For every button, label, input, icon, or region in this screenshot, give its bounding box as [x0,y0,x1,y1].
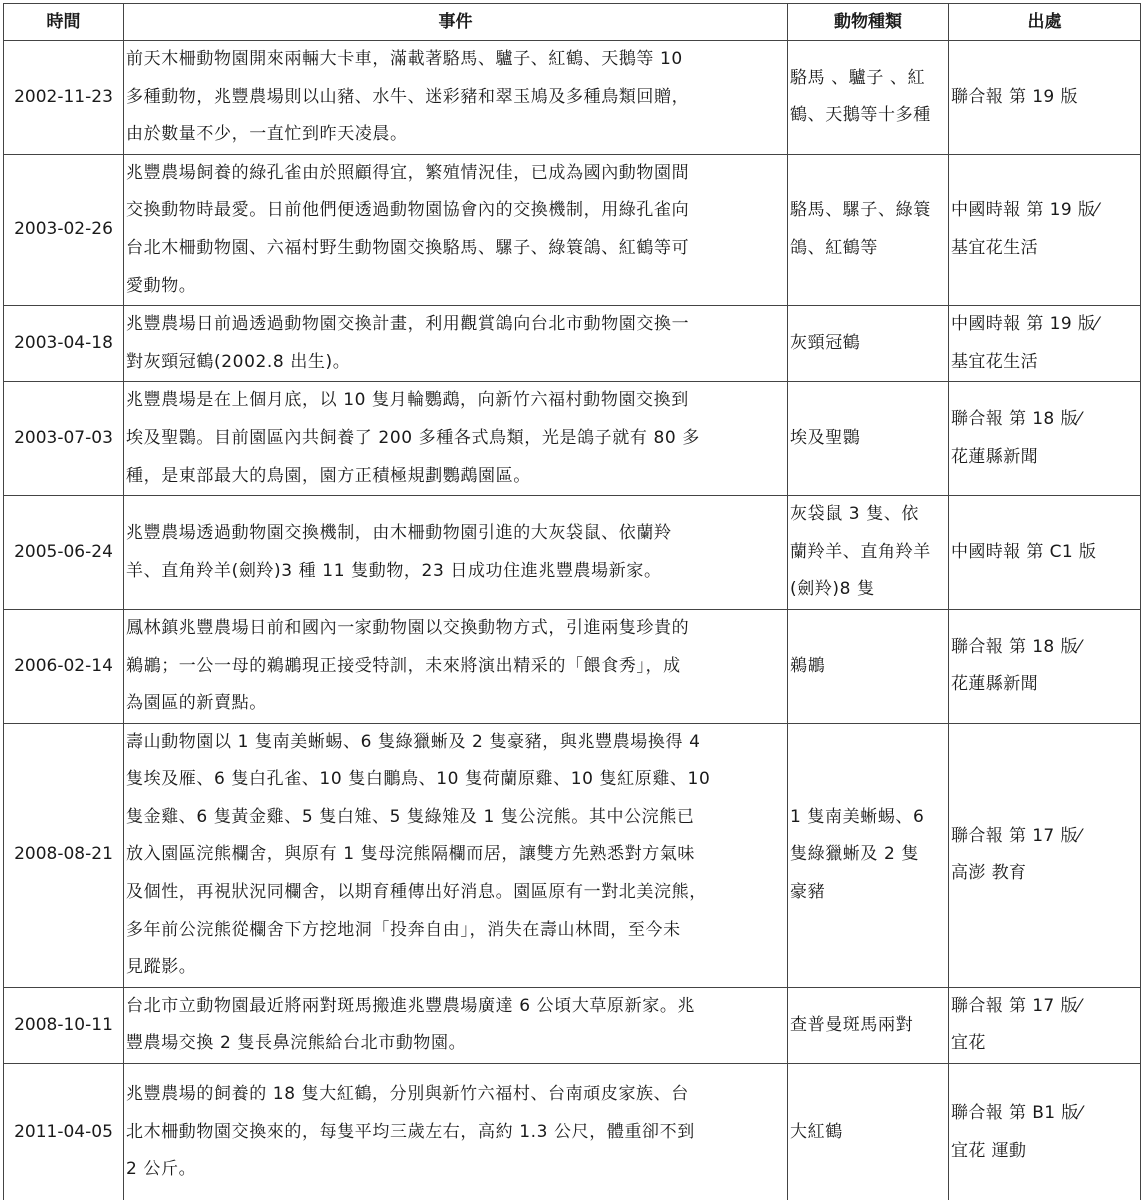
event-line: 2 公斤。 [126,1151,785,1189]
header-source: 出處 [949,4,1141,41]
event-cell: 兆豐農場是在上個月底，以 10 隻月輪鸚鵡，向新竹六福村動物園交換到埃及聖䴉。目… [124,382,788,496]
animals-cell: 查普曼斑馬兩對 [788,987,949,1063]
animals-line: 駱馬、騾子、綠簑 [790,192,946,230]
event-line: 交換動物時最愛。日前他們便透過動物園協會內的交換機制，用綠孔雀向 [126,192,785,230]
event-line: 台北市立動物園最近將兩對斑馬搬進兆豐農場廣達 6 公頃大草原新家。兆 [126,988,785,1026]
table-row: 2003-04-18兆豐農場日前過透過動物園交換計畫，利用觀賞鴿向台北市動物園交… [4,306,1141,382]
table-row: 2006-02-14鳳林鎮兆豐農場日前和國內一家動物園以交換動物方式，引進兩隻珍… [4,609,1141,723]
event-cell: 鳳林鎮兆豐農場日前和國內一家動物園以交換動物方式，引進兩隻珍貴的鵜鶘；一公一母的… [124,609,788,723]
event-line: 多種動物，兆豐農場則以山豬、水牛、迷彩豬和翠玉鳩及多種鳥類回贈， [126,79,785,117]
date-cell: 2003-04-18 [4,306,124,382]
animals-line: 大紅鶴 [790,1114,946,1152]
event-line: 兆豐農場透過動物園交換機制，由木柵動物園引進的大灰袋鼠、依蘭羚 [126,515,785,553]
animals-line: 查普曼斑馬兩對 [790,1007,946,1045]
animals-line: 埃及聖䴉 [790,420,946,458]
source-line: 宜花 [951,1025,1138,1063]
animals-cell: 灰頸冠鶴 [788,306,949,382]
event-line: 種，是東部最大的鳥園，園方正積極規劃鸚鵡園區。 [126,458,785,496]
source-line: 基宜花生活 [951,344,1138,382]
table-body: 2002-11-23前天木柵動物園開來兩輛大卡車，滿載著駱馬、驢子、紅鶴、天鵝等… [4,41,1141,1200]
event-line: 豐農場交換 2 隻長鼻浣熊給台北市動物園。 [126,1025,785,1063]
event-line: 由於數量不少，一直忙到昨天凌晨。 [126,116,785,154]
zoo-exchange-table: 時間 事件 動物種類 出處 2002-11-23前天木柵動物園開來兩輛大卡車，滿… [3,3,1141,1200]
animals-line: 鶴、天鵝等十多種 [790,97,946,135]
source-cell: 中國時報 第 C1 版 [949,496,1141,610]
source-cell: 中國時報 第 19 版⁄基宜花生活 [949,154,1141,305]
date-cell: 2002-11-23 [4,41,124,155]
table-row: 2008-10-11台北市立動物園最近將兩對斑馬搬進兆豐農場廣達 6 公頃大草原… [4,987,1141,1063]
animals-line: 鴿、紅鶴等 [790,230,946,268]
event-line: 前天木柵動物園開來兩輛大卡車，滿載著駱馬、驢子、紅鶴、天鵝等 10 [126,41,785,79]
event-line: 見蹤影。 [126,949,785,987]
animals-cell: 灰袋鼠 3 隻、依蘭羚羊、直角羚羊(劍羚)8 隻 [788,496,949,610]
event-cell: 兆豐農場透過動物園交換機制，由木柵動物園引進的大灰袋鼠、依蘭羚羊、直角羚羊(劍羚… [124,496,788,610]
event-cell: 壽山動物園以 1 隻南美蜥蜴、6 隻綠獵蜥及 2 隻豪豬，與兆豐農場換得 4隻埃… [124,723,788,987]
event-line: 對灰頸冠鶴(2002.8 出生)。 [126,344,785,382]
date-cell: 2003-07-03 [4,382,124,496]
event-line: 鳳林鎮兆豐農場日前和國內一家動物園以交換動物方式，引進兩隻珍貴的 [126,610,785,648]
event-line: 兆豐農場日前過透過動物園交換計畫，利用觀賞鴿向台北市動物園交換一 [126,306,785,344]
event-cell: 兆豐農場日前過透過動物園交換計畫，利用觀賞鴿向台北市動物園交換一對灰頸冠鶴(20… [124,306,788,382]
date-cell: 2008-08-21 [4,723,124,987]
date-cell: 2011-04-05 [4,1064,124,1200]
animals-cell: 鵜鶘 [788,609,949,723]
source-line: 花蓮縣新聞 [951,439,1138,477]
source-cell: 聯合報 第 18 版⁄花蓮縣新聞 [949,609,1141,723]
animals-line: 蘭羚羊、直角羚羊 [790,534,946,572]
source-line: 宜花 運動 [951,1133,1138,1171]
header-date: 時間 [4,4,124,41]
table-row: 2008-08-21壽山動物園以 1 隻南美蜥蜴、6 隻綠獵蜥及 2 隻豪豬，與… [4,723,1141,987]
source-cell: 聯合報 第 18 版⁄花蓮縣新聞 [949,382,1141,496]
event-cell: 兆豐農場的飼養的 18 隻大紅鶴，分別與新竹六福村、台南頑皮家族、台北木柵動物園… [124,1064,788,1200]
event-line: 隻埃及雁、6 隻白孔雀、10 隻白鷳鳥、10 隻荷蘭原雞、10 隻紅原雞、10 [126,761,785,799]
source-line: 聯合報 第 B1 版⁄ [951,1095,1138,1133]
event-line: 兆豐農場飼養的綠孔雀由於照顧得宜，繁殖情況佳，已成為國內動物園間 [126,155,785,193]
event-cell: 兆豐農場飼養的綠孔雀由於照顧得宜，繁殖情況佳，已成為國內動物園間交換動物時最愛。… [124,154,788,305]
header-animals: 動物種類 [788,4,949,41]
source-cell: 中國時報 第 19 版⁄基宜花生活 [949,306,1141,382]
event-line: 隻金雞、6 隻黃金雞、5 隻白雉、5 隻綠雉及 1 隻公浣熊。其中公浣熊已 [126,799,785,837]
source-cell: 聯合報 第 17 版⁄高澎 教育 [949,723,1141,987]
event-cell: 台北市立動物園最近將兩對斑馬搬進兆豐農場廣達 6 公頃大草原新家。兆豐農場交換 … [124,987,788,1063]
source-cell: 聯合報 第 17 版⁄宜花 [949,987,1141,1063]
animals-cell: 埃及聖䴉 [788,382,949,496]
source-line: 中國時報 第 19 版⁄ [951,192,1138,230]
source-cell: 聯合報 第 19 版 [949,41,1141,155]
animals-cell: 駱馬、騾子、綠簑鴿、紅鶴等 [788,154,949,305]
date-cell: 2005-06-24 [4,496,124,610]
animals-line: 灰袋鼠 3 隻、依 [790,496,946,534]
source-line: 聯合報 第 18 版⁄ [951,629,1138,667]
animals-cell: 大紅鶴 [788,1064,949,1200]
event-line: 及個性，再視狀況同欄舍，以期育種傳出好消息。園區原有一對北美浣熊， [126,874,785,912]
animals-line: 灰頸冠鶴 [790,325,946,363]
source-line: 花蓮縣新聞 [951,666,1138,704]
event-line: 鵜鶘；一公一母的鵜鶘現正接受特訓，未來將演出精采的「餵食秀」，成 [126,648,785,686]
event-line: 壽山動物園以 1 隻南美蜥蜴、6 隻綠獵蜥及 2 隻豪豬，與兆豐農場換得 4 [126,724,785,762]
source-line: 基宜花生活 [951,230,1138,268]
animals-line: 1 隻南美蜥蜴、6 [790,799,946,837]
event-line: 羊、直角羚羊(劍羚)3 種 11 隻動物，23 日成功住進兆豐農場新家。 [126,553,785,591]
event-cell: 前天木柵動物園開來兩輛大卡車，滿載著駱馬、驢子、紅鶴、天鵝等 10多種動物，兆豐… [124,41,788,155]
source-line: 聯合報 第 17 版⁄ [951,988,1138,1026]
source-line: 聯合報 第 18 版⁄ [951,401,1138,439]
header-row: 時間 事件 動物種類 出處 [4,4,1141,41]
event-line: 放入園區浣熊欄舍，與原有 1 隻母浣熊隔欄而居，讓雙方先熟悉對方氣味 [126,836,785,874]
table-row: 2003-02-26兆豐農場飼養的綠孔雀由於照顧得宜，繁殖情況佳，已成為國內動物… [4,154,1141,305]
event-line: 兆豐農場是在上個月底，以 10 隻月輪鸚鵡，向新竹六福村動物園交換到 [126,382,785,420]
event-line: 愛動物。 [126,268,785,306]
source-line: 聯合報 第 19 版 [951,79,1138,117]
date-cell: 2008-10-11 [4,987,124,1063]
table-row: 2003-07-03兆豐農場是在上個月底，以 10 隻月輪鸚鵡，向新竹六福村動物… [4,382,1141,496]
source-line: 中國時報 第 19 版⁄ [951,306,1138,344]
header-event: 事件 [124,4,788,41]
event-line: 為園區的新賣點。 [126,685,785,723]
event-line: 台北木柵動物園、六福村野生動物園交換駱馬、騾子、綠簑鴿、紅鶴等可 [126,230,785,268]
animals-line: 鵜鶘 [790,648,946,686]
animals-line: (劍羚)8 隻 [790,571,946,609]
source-cell: 聯合報 第 B1 版⁄宜花 運動 [949,1064,1141,1200]
source-line: 中國時報 第 C1 版 [951,534,1138,572]
source-line: 高澎 教育 [951,855,1138,893]
event-line: 埃及聖䴉。目前園區內共飼養了 200 多種各式鳥類，光是鴿子就有 80 多 [126,420,785,458]
table-row: 2005-06-24兆豐農場透過動物園交換機制，由木柵動物園引進的大灰袋鼠、依蘭… [4,496,1141,610]
animals-line: 豪豬 [790,874,946,912]
date-cell: 2003-02-26 [4,154,124,305]
source-line: 聯合報 第 17 版⁄ [951,818,1138,856]
event-line: 北木柵動物園交換來的，每隻平均三歲左右，高約 1.3 公尺，體重卻不到 [126,1114,785,1152]
event-line: 多年前公浣熊從欄舍下方挖地洞「投奔自由」，消失在壽山林間，至今未 [126,912,785,950]
date-cell: 2006-02-14 [4,609,124,723]
animals-line: 駱馬 、驢子 、紅 [790,60,946,98]
animals-cell: 1 隻南美蜥蜴、6隻綠獵蜥及 2 隻豪豬 [788,723,949,987]
table-row: 2002-11-23前天木柵動物園開來兩輛大卡車，滿載著駱馬、驢子、紅鶴、天鵝等… [4,41,1141,155]
animals-line: 隻綠獵蜥及 2 隻 [790,836,946,874]
animals-cell: 駱馬 、驢子 、紅鶴、天鵝等十多種 [788,41,949,155]
table-row: 2011-04-05兆豐農場的飼養的 18 隻大紅鶴，分別與新竹六福村、台南頑皮… [4,1064,1141,1200]
event-line: 兆豐農場的飼養的 18 隻大紅鶴，分別與新竹六福村、台南頑皮家族、台 [126,1076,785,1114]
